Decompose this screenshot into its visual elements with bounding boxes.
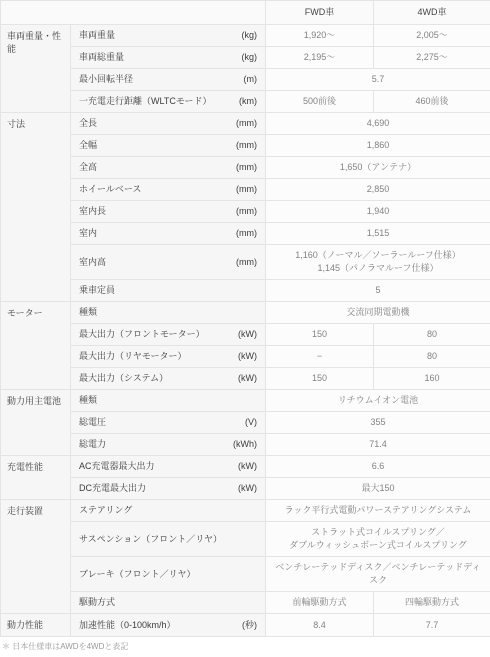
spec-unit: (mm)	[236, 227, 257, 240]
spec-label: 総電力	[79, 438, 106, 451]
spec-cell: 最大出力（フロントモーター）(kW)	[71, 324, 266, 346]
spec-unit: (kW)	[238, 482, 257, 495]
spec-unit: (kW)	[238, 372, 257, 385]
spec-label: 最大出力（リヤモーター）	[79, 350, 186, 363]
value-cell-merged: 1,160（ノーマル／ソーラールーフ仕様）1,145（パノラマルーフ仕様）	[266, 245, 490, 280]
spec-cell: 駆動方式	[71, 592, 266, 614]
spec-cell: 全高(mm)	[71, 157, 266, 179]
spec-cell: 総電圧(V)	[71, 412, 266, 434]
value-cell-merged: 1,650（アンテナ）	[266, 157, 490, 179]
spec-label: 車両総重量	[79, 51, 124, 64]
spec-label: 一充電走行距離（WLTCモード）	[79, 95, 211, 108]
table-row: モーター種類交流同期電動機	[1, 302, 490, 324]
category-cell: 動力性能	[1, 614, 71, 637]
value-cell-fwd: 2,195～	[266, 47, 374, 69]
spec-unit: (mm)	[236, 161, 257, 174]
value-cell-awd: 160	[374, 368, 490, 390]
spec-cell: 種類	[71, 302, 266, 324]
spec-page: FWD車 4WD車 車両重量・性能車両重量(kg)1,920～2,005～車両総…	[0, 0, 490, 657]
value-cell-awd: 80	[374, 324, 490, 346]
spec-cell: AC充電器最大出力(kW)	[71, 456, 266, 478]
spec-unit: (mm)	[236, 139, 257, 152]
header-fwd-cell: FWD車	[266, 1, 374, 25]
value-cell-merged: 5.7	[266, 69, 490, 91]
spec-unit: (kW)	[238, 350, 257, 363]
spec-label: ブレーキ（フロント／リヤ）	[79, 568, 195, 581]
spec-cell: ステアリング	[71, 500, 266, 522]
value-cell-awd: 80	[374, 346, 490, 368]
value-cell-awd: 2,005～	[374, 25, 490, 47]
spec-label: 乗車定員	[79, 284, 115, 297]
value-cell-merged: 1,515	[266, 223, 490, 245]
value-cell-fwd: 前輪駆動方式	[266, 592, 374, 614]
value-cell-merged: ラック平行式電動パワーステアリングシステム	[266, 500, 490, 522]
table-row: 最大出力（リヤモーター）(kW)−80	[1, 346, 490, 368]
spec-unit: (kW)	[238, 460, 257, 473]
category-cell: 寸法	[1, 113, 71, 302]
spec-cell: ブレーキ（フロント／リヤ）	[71, 557, 266, 592]
spec-label: 種類	[79, 394, 97, 407]
spec-label: 車両重量	[79, 29, 115, 42]
spec-label: ホイールベース	[79, 183, 141, 196]
spec-cell: ホイールベース(mm)	[71, 179, 266, 201]
spec-label: サスペンション（フロント／リヤ）	[79, 533, 222, 546]
table-row: ブレーキ（フロント／リヤ）ベンチレーテッドディスク／ベンチレーテッドディスク	[1, 557, 490, 592]
spec-cell: 一充電走行距離（WLTCモード）(km)	[71, 91, 266, 113]
spec-unit: (mm)	[236, 183, 257, 196]
table-row: 充電性能AC充電器最大出力(kW)6.6	[1, 456, 490, 478]
table-row: 総電圧(V)355	[1, 412, 490, 434]
value-cell-awd: 7.7	[374, 614, 490, 637]
value-cell-merged: 4,690	[266, 113, 490, 135]
category-cell: モーター	[1, 302, 71, 390]
spec-cell: 総電力(kWh)	[71, 434, 266, 456]
table-header-row: FWD車 4WD車	[1, 1, 490, 25]
spec-label: 室内長	[79, 205, 106, 218]
table-row: 車両総重量(kg)2,195～2,275～	[1, 47, 490, 69]
table-row: DC充電最大出力(kW)最大150	[1, 478, 490, 500]
value-cell-merged: 2,850	[266, 179, 490, 201]
value-cell-merged: ベンチレーテッドディスク／ベンチレーテッドディスク	[266, 557, 490, 592]
category-cell: 車両重量・性能	[1, 25, 71, 113]
spec-cell: 室内高(mm)	[71, 245, 266, 280]
table-row: 走行装置ステアリングラック平行式電動パワーステアリングシステム	[1, 500, 490, 522]
table-row: 一充電走行距離（WLTCモード）(km)500前後460前後	[1, 91, 490, 113]
value-cell-merged: 1,860	[266, 135, 490, 157]
value-cell-merged: 5	[266, 280, 490, 302]
table-row: 車両重量・性能車両重量(kg)1,920～2,005～	[1, 25, 490, 47]
value-cell-awd: 460前後	[374, 91, 490, 113]
spec-label: 駆動方式	[79, 596, 115, 609]
spec-label: 全幅	[79, 139, 97, 152]
spec-label: 最小回転半径	[79, 73, 133, 86]
spec-label: DC充電最大出力	[79, 482, 146, 495]
spec-cell: 最大出力（システム）(kW)	[71, 368, 266, 390]
spec-unit: (mm)	[236, 117, 257, 130]
spec-cell: 種類	[71, 390, 266, 412]
value-cell-awd: 四輪駆動方式	[374, 592, 490, 614]
spec-cell: 最小回転半径(m)	[71, 69, 266, 91]
spec-label: 全長	[79, 117, 97, 130]
table-row: 全幅(mm)1,860	[1, 135, 490, 157]
spec-cell: 乗車定員	[71, 280, 266, 302]
spec-unit: (V)	[245, 416, 257, 429]
spec-cell: DC充電最大出力(kW)	[71, 478, 266, 500]
category-cell: 走行装置	[1, 500, 71, 614]
spec-cell: 全幅(mm)	[71, 135, 266, 157]
value-cell-merged: 最大150	[266, 478, 490, 500]
spec-unit: (mm)	[236, 256, 257, 269]
value-cell-merged: リチウムイオン電池	[266, 390, 490, 412]
table-row: 最小回転半径(m)5.7	[1, 69, 490, 91]
value-cell-fwd: −	[266, 346, 374, 368]
spec-label: 全高	[79, 161, 97, 174]
spec-unit: (mm)	[236, 205, 257, 218]
category-cell: 充電性能	[1, 456, 71, 500]
spec-unit: (km)	[239, 95, 257, 108]
spec-unit: (kW)	[238, 328, 257, 341]
value-cell-fwd: 150	[266, 368, 374, 390]
table-row: 駆動方式前輪駆動方式四輪駆動方式	[1, 592, 490, 614]
table-row: 総電力(kWh)71.4	[1, 434, 490, 456]
spec-label: 総電圧	[79, 416, 106, 429]
table-row: 室内(mm)1,515	[1, 223, 490, 245]
spec-cell: サスペンション（フロント／リヤ）	[71, 522, 266, 557]
spec-unit: (m)	[244, 73, 258, 86]
spec-cell: 室内(mm)	[71, 223, 266, 245]
value-cell-merged: ストラット式コイルスプリング／ダブルウィッシュボーン式コイルスプリング	[266, 522, 490, 557]
header-awd-cell: 4WD車	[374, 1, 490, 25]
value-cell-fwd: 1,920～	[266, 25, 374, 47]
table-row: 全高(mm)1,650（アンテナ）	[1, 157, 490, 179]
value-cell-fwd: 150	[266, 324, 374, 346]
value-cell-merged: 交流同期電動機	[266, 302, 490, 324]
vehicle-spec-table: FWD車 4WD車 車両重量・性能車両重量(kg)1,920～2,005～車両総…	[0, 0, 490, 637]
spec-label: 最大出力（フロントモーター）	[79, 328, 205, 341]
table-row: 室内高(mm)1,160（ノーマル／ソーラールーフ仕様）1,145（パノラマルー…	[1, 245, 490, 280]
spec-cell: 最大出力（リヤモーター）(kW)	[71, 346, 266, 368]
table-row: 最大出力（フロントモーター）(kW)15080	[1, 324, 490, 346]
table-row: 室内長(mm)1,940	[1, 201, 490, 223]
spec-unit: (kg)	[242, 51, 258, 64]
value-cell-fwd: 500前後	[266, 91, 374, 113]
value-cell-merged: 355	[266, 412, 490, 434]
table-row: ホイールベース(mm)2,850	[1, 179, 490, 201]
spec-cell: 全長(mm)	[71, 113, 266, 135]
spec-label: 最大出力（システム）	[79, 372, 168, 385]
spec-cell: 車両総重量(kg)	[71, 47, 266, 69]
spec-label: 加速性能（0-100km/h）	[79, 619, 176, 632]
table-row: 寸法全長(mm)4,690	[1, 113, 490, 135]
spec-label: ステアリング	[79, 504, 132, 517]
spec-unit: (秒)	[242, 619, 257, 632]
spec-label: 室内高	[79, 256, 106, 269]
spec-unit: (kWh)	[233, 438, 257, 451]
table-row: サスペンション（フロント／リヤ）ストラット式コイルスプリング／ダブルウィッシュボ…	[1, 522, 490, 557]
value-cell-fwd: 8.4	[266, 614, 374, 637]
table-row: 乗車定員5	[1, 280, 490, 302]
value-cell-awd: 2,275～	[374, 47, 490, 69]
value-cell-merged: 6.6	[266, 456, 490, 478]
table-row: 最大出力（システム）(kW)150160	[1, 368, 490, 390]
table-row: 動力用主電池種類リチウムイオン電池	[1, 390, 490, 412]
spec-label: 種類	[79, 306, 97, 319]
spec-cell: 車両重量(kg)	[71, 25, 266, 47]
spec-cell: 室内長(mm)	[71, 201, 266, 223]
table-row: 動力性能加速性能（0-100km/h）(秒)8.47.7	[1, 614, 490, 637]
category-cell: 動力用主電池	[1, 390, 71, 456]
value-cell-merged: 71.4	[266, 434, 490, 456]
footnote: ＊ 日本仕様車はAWDを4WDと表記	[2, 641, 490, 657]
spec-unit: (kg)	[242, 29, 258, 42]
value-cell-merged: 1,940	[266, 201, 490, 223]
spec-cell: 加速性能（0-100km/h）(秒)	[71, 614, 266, 637]
spec-label: AC充電器最大出力	[79, 460, 155, 473]
spec-label: 室内	[79, 227, 97, 240]
header-spacer-cell	[1, 1, 266, 25]
